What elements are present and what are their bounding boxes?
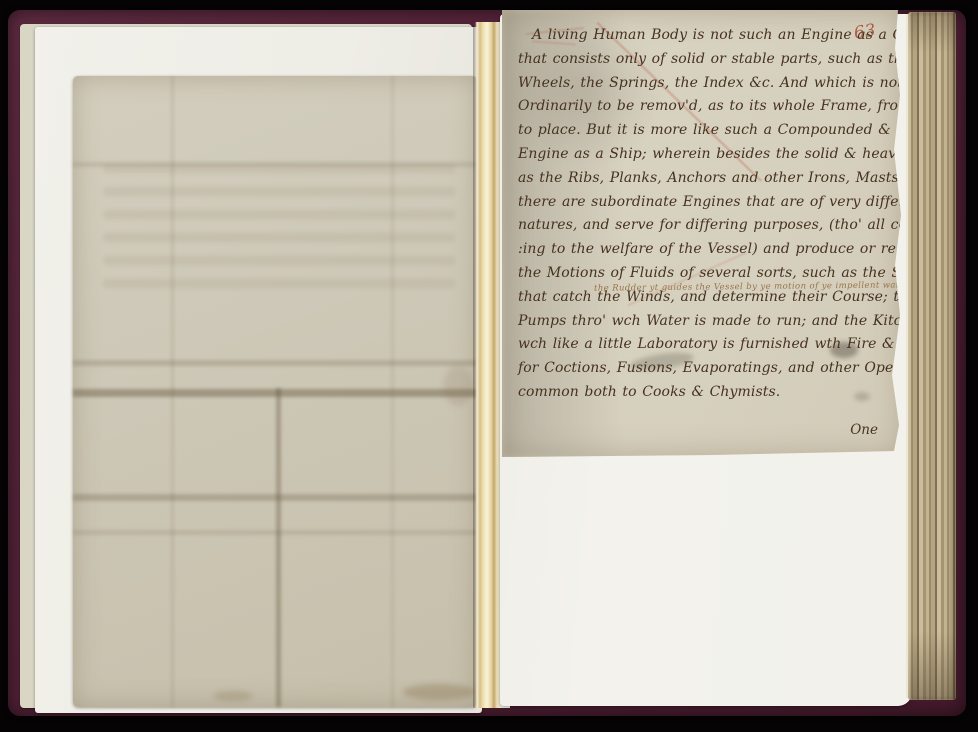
catchword: One [502,422,878,438]
fold-line [73,530,477,535]
show-through-text-line [103,187,455,196]
manuscript-line: Engine as a Ship; wherein besides the so… [518,143,894,167]
fold-line [391,76,394,707]
fold-line [73,360,477,366]
show-through-text-line [103,256,455,265]
show-through-text-line [103,279,455,288]
show-through-text-line [103,233,455,242]
manuscript-line: A living Human Body is not such an Engin… [518,24,894,48]
manuscript-line: Wheels, the Springs, the Index &c. And w… [518,72,894,96]
paper-stain [443,366,473,406]
fore-edge-stack [908,12,956,700]
fold-line [171,76,174,707]
fold-line [276,388,281,707]
photograph-stage: 63 A living Human Body is not such an En… [0,0,978,732]
paper-stain [213,691,253,701]
manuscript-line: as the Ribs, Planks, Anchors and other I… [518,167,894,191]
fold-line [73,494,477,501]
fold-line [73,389,477,397]
manuscript-line: wch like a little Laboratory is furnishe… [518,333,894,357]
manuscript-line: common both to Cooks & Chymists. [518,381,894,405]
manuscript-line: Ordinarily to be remov'd, as to its whol… [518,95,894,119]
manuscript-line: Pumps thro' wch Water is made to run; an… [518,310,894,334]
manuscript-line: :ing to the welfare of the Vessel) and p… [518,238,894,262]
manuscript-line: that consists only of solid or stable pa… [518,48,894,72]
fold-line [73,162,477,167]
manuscript-line: natures, and serve for differing purpose… [518,214,894,238]
manuscript-leaf: 63 A living Human Body is not such an En… [502,10,902,457]
left-folded-document [73,76,477,707]
show-through-text-line [103,210,455,219]
manuscript-line: there are subordinate Engines that are o… [518,191,894,215]
paper-stain [403,684,475,700]
manuscript-line: to place. But it is more like such a Com… [518,119,894,143]
manuscript-line: for Coctions, Fusions, Evaporatings, and… [518,357,894,381]
manuscript-text-block: A living Human Body is not such an Engin… [518,24,894,405]
